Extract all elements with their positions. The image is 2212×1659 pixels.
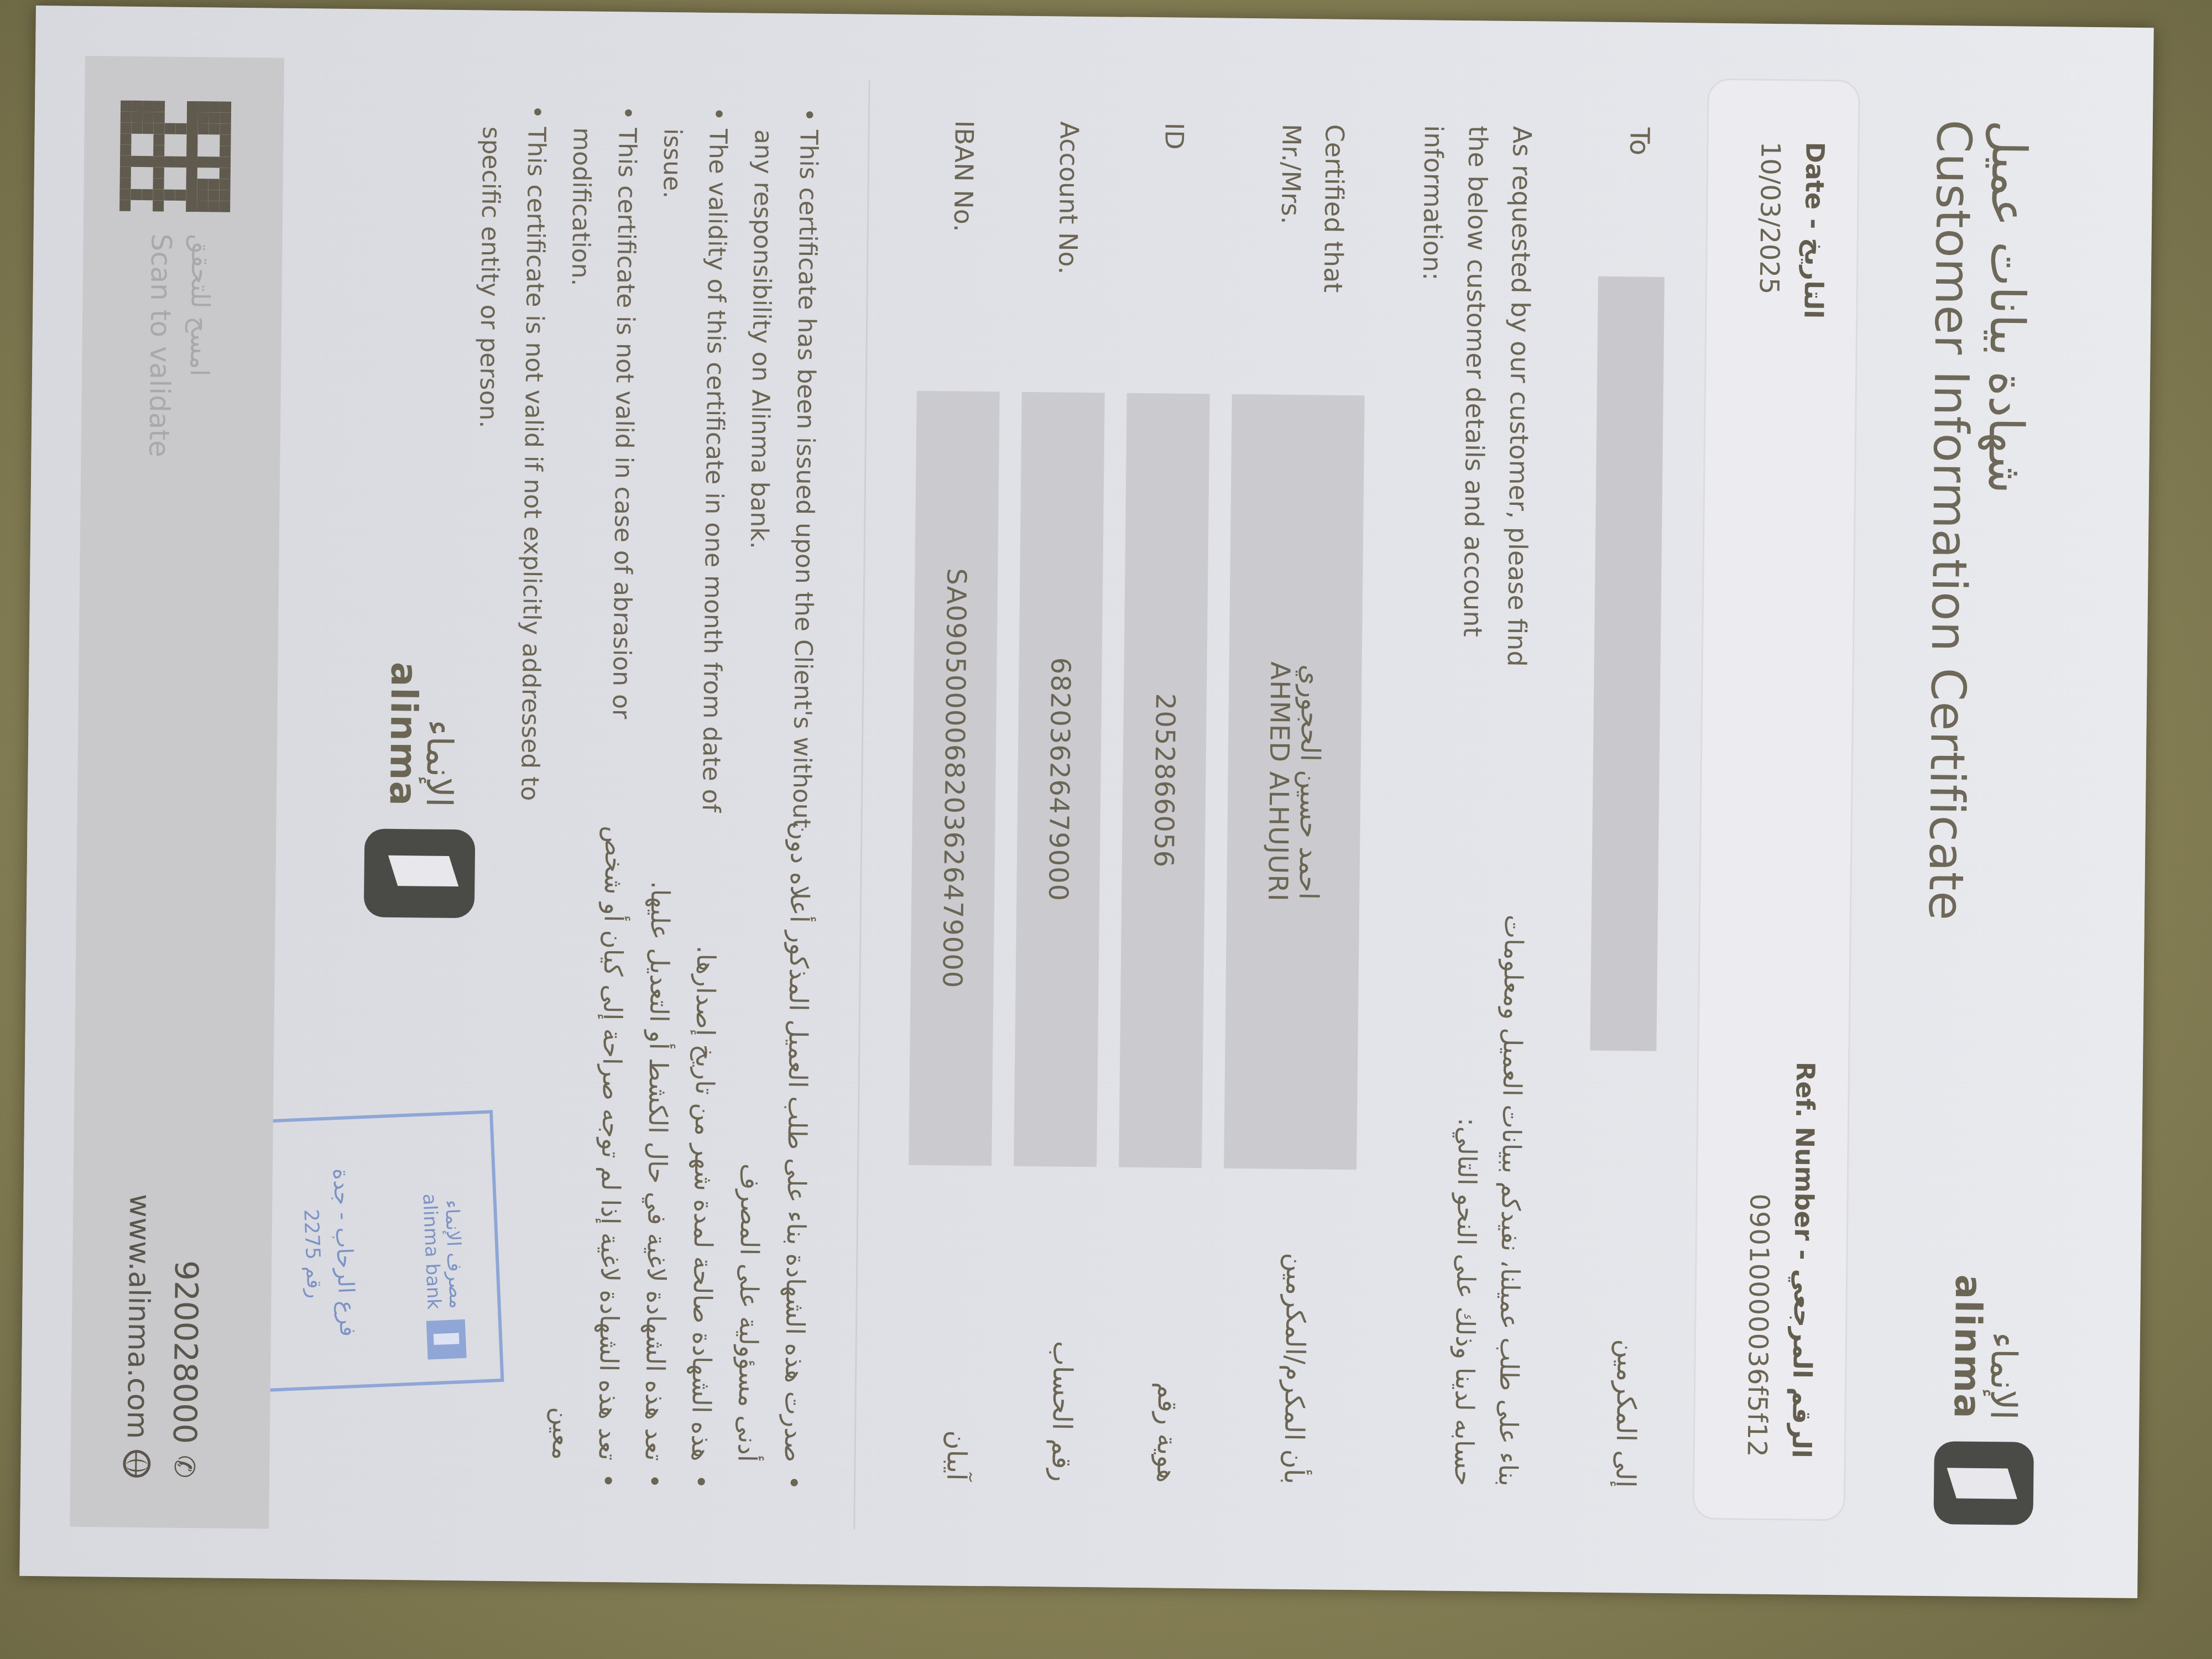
term-item-ar: تعد هذه الشهادة لاغية إذا لم توجه صراحة … [538, 780, 638, 1489]
to-label-ar: إلى المكرمين [1610, 1339, 1642, 1488]
to-label: To [1624, 127, 1655, 155]
logo-text-ar: الإنماء [421, 719, 457, 807]
qr-code-icon[interactable] [119, 101, 231, 212]
logo-text-en: alinma [1948, 1274, 1986, 1420]
terms-list-ar: صدرت هذه الشهادة بناء على طلب العميل الم… [538, 780, 824, 1490]
account-value: 68203626479000 [1042, 657, 1076, 901]
stamp-code: رقم 2275 [295, 1121, 329, 1387]
phone-number: 920028000 [166, 1260, 205, 1444]
phone-contact: 920028000 ✆ [165, 1260, 205, 1479]
phone-icon: ✆ [168, 1455, 200, 1479]
name-field: احمد حسين الحجوري AHMED ALHUJURI [1224, 394, 1365, 1170]
website-url[interactable]: www.alinma.com [121, 1194, 156, 1439]
iban-field: SA0905000068203626479000 [909, 391, 1000, 1166]
title-arabic: شهادة بيانات عميل [1978, 120, 2037, 494]
logo-text-ar: الإنماء [1985, 1332, 2021, 1420]
stamp-branch: فرع الرحاب - جدة [326, 1119, 362, 1386]
alinma-logo: الإنماء alinma [1933, 1274, 2036, 1525]
intro-text-en: As requested by our customer, please fin… [1406, 125, 1544, 679]
title-english: Customer Information Certificate [1918, 119, 1981, 921]
section-divider [853, 81, 870, 1530]
id-label: ID [1152, 122, 1196, 150]
certificate-page: شهادة بيانات عميل Customer Information C… [19, 6, 2154, 1598]
bank-stamp: مصرف الإنماء alinma bank فرع الرحاب - جد… [243, 1110, 504, 1392]
term-item-ar: هذه الشهادة صالحة لمدة شهر من تاريخ إصدا… [677, 781, 731, 1489]
id-label-ar: هوية رقم [1151, 1382, 1183, 1483]
name-label-ar: بأن المكرم/المكرمين [1278, 1253, 1311, 1484]
ref-number-label: Ref. Number - الرقم المرجعي [1787, 1062, 1821, 1458]
name-value: AHMED ALHUJURI [1262, 661, 1296, 902]
iban-value: SA0905000068203626479000 [936, 568, 972, 989]
term-item: This certificate has been issued upon th… [733, 107, 831, 838]
iban-label-ar: آيبان [941, 1430, 972, 1481]
id-value: 2052866056 [1148, 693, 1181, 868]
date-label: Date - التاريخ [1798, 142, 1830, 319]
term-item-ar: تعد هذه الشهادة لاغية في حال الكشط أو ال… [631, 781, 685, 1489]
scan-label-ar: امسح للتحقق [185, 234, 216, 377]
website-contact: www.alinma.com [120, 1194, 156, 1478]
terms-list-en: This certificate has been issued upon th… [461, 104, 831, 838]
intro-text-ar: بناء على طلب عميلنا، نفيدكم ببيانات العم… [1442, 878, 1537, 1487]
ref-number-value: 09010000036f5f12 [1741, 1193, 1775, 1458]
alinma-mark-icon [364, 828, 476, 918]
globe-icon [123, 1450, 151, 1478]
stamp-logo-icon [426, 1319, 467, 1360]
id-field: 2052866056 [1119, 393, 1210, 1168]
alinma-logo-center: الإنماء alinma [364, 661, 477, 918]
date-value: 10/03/2025 [1754, 142, 1786, 295]
logo-text-en: alinma [384, 662, 422, 807]
term-item: The validity of this certificate in one … [642, 106, 740, 837]
account-label: Account No. [1046, 121, 1091, 275]
alinma-mark-icon [1933, 1441, 2034, 1525]
account-field: 68203626479000 [1014, 392, 1105, 1167]
name-label: Certified that Mr./Mrs. [1267, 123, 1356, 357]
iban-label: IBAN No. [942, 120, 986, 232]
footer-band: امسح للتحقق Scan to validate 920028000 ✆… [70, 56, 284, 1529]
term-item-ar: صدرت هذه الشهادة بناء على طلب العميل الم… [724, 781, 824, 1490]
to-recipient-field [1590, 276, 1665, 1051]
scan-label-en: Scan to validate [143, 233, 177, 457]
account-label-ar: رقم الحساب [1046, 1340, 1078, 1481]
term-item: This certificate is not valid in case of… [551, 105, 650, 836]
info-box: Date - التاريخ 10/03/2025 Ref. Number - … [1692, 79, 1860, 1521]
name-value-ar: احمد حسين الحجوري [1293, 664, 1326, 900]
